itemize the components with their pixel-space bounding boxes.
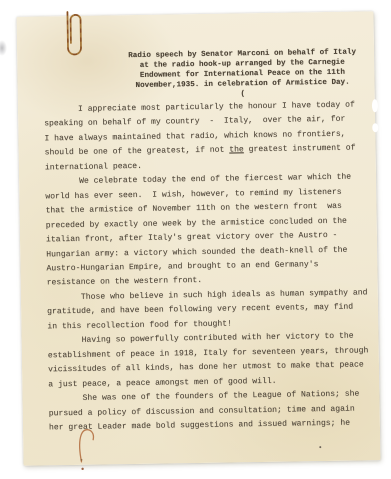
paper-sheet: Radio speech by Senator Marconi on behal… — [16, 11, 380, 466]
paper-speck — [271, 411, 273, 412]
scan-background: Radio speech by Senator Marconi on behal… — [0, 0, 391, 479]
document-body: I appreciate most particularly the honou… — [44, 98, 379, 436]
scan-edge-smudge — [0, 40, 7, 56]
paper-speck — [319, 446, 321, 448]
paperclip-icon — [56, 9, 87, 67]
document-heading: Radio speech by Senator Marconi on behal… — [117, 47, 368, 101]
paper-speck — [80, 459, 82, 461]
